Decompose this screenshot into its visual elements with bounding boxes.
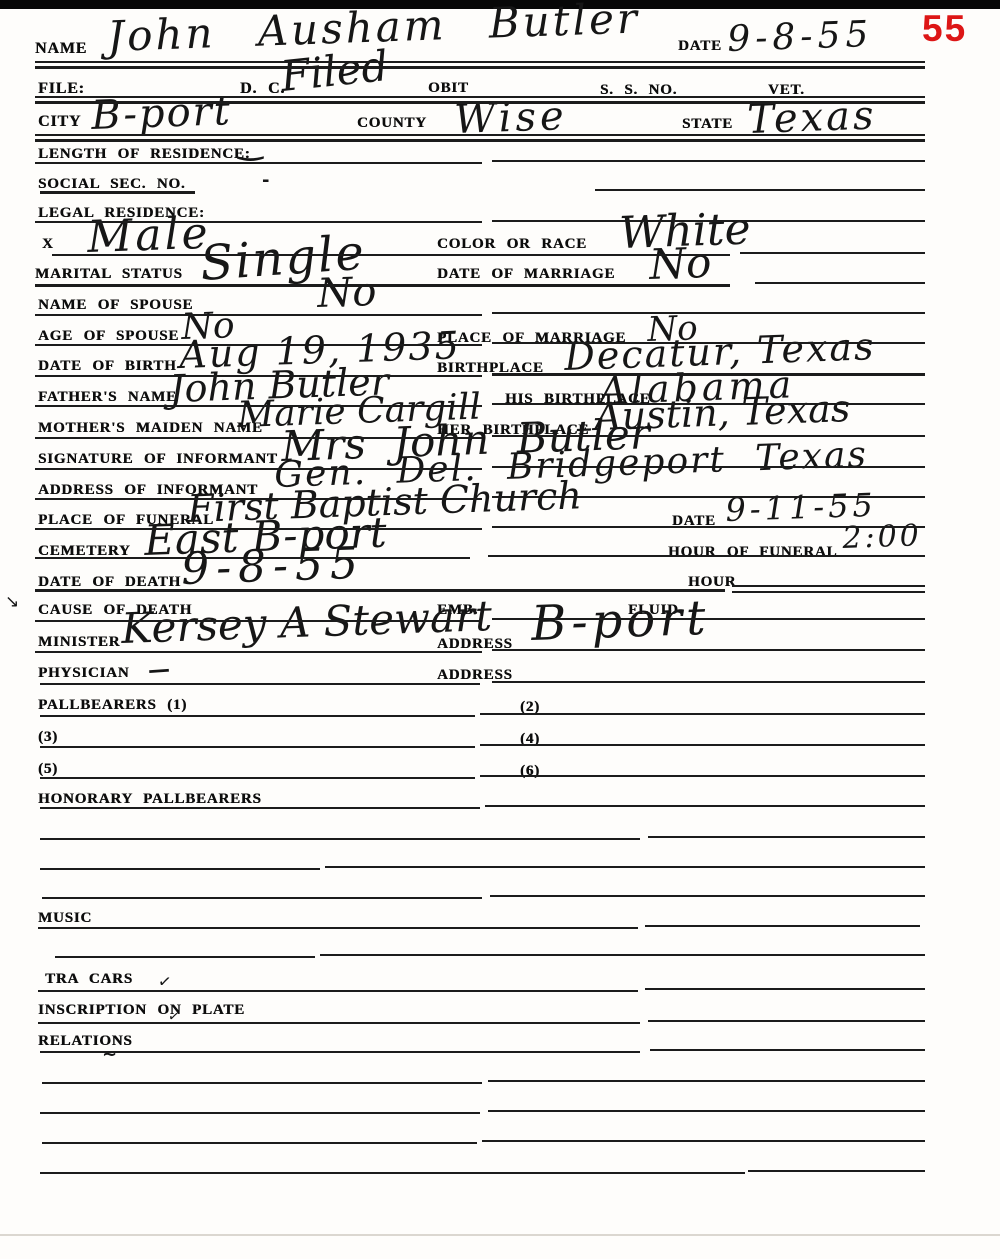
rule-line [35, 498, 482, 500]
rule-line [732, 585, 925, 587]
spouse-name-value: No [317, 272, 377, 314]
rule-line [320, 954, 925, 956]
relations-mark: ∼ [102, 1046, 117, 1064]
rule-line [40, 1172, 745, 1174]
race-label: COLOR OR RACE [437, 236, 587, 253]
pallbearers-5-label: (5) [38, 761, 58, 778]
rule-line [740, 252, 925, 254]
rule-line [492, 373, 925, 376]
physician-label: PHYSICIAN [38, 665, 129, 682]
rule-line [40, 868, 320, 870]
rule-line [35, 589, 725, 592]
state-label: STATE [682, 116, 733, 133]
rule-line [35, 221, 482, 223]
ssn-mark: - [262, 172, 269, 190]
rule-line [748, 1170, 925, 1172]
rule-line [488, 555, 925, 557]
rule-line [480, 775, 925, 777]
county-label: COUNTY [357, 115, 427, 132]
rule-line [40, 1112, 480, 1114]
rule-line [492, 526, 925, 528]
pallbearers-1-label: PALLBEARERS (1) [38, 697, 187, 714]
rule-line [488, 1110, 925, 1112]
minister-label: MINISTER [38, 634, 120, 651]
rule-line [35, 557, 470, 559]
rule-line [492, 342, 925, 344]
rule-line [35, 405, 482, 407]
rule-line [35, 437, 482, 439]
rule-line [35, 651, 482, 653]
marriage-date-value: No [649, 242, 712, 286]
rule-line [35, 375, 482, 377]
rule-line [40, 807, 480, 809]
rule-line [492, 618, 925, 620]
rule-line [645, 925, 920, 927]
rule-line [492, 160, 925, 162]
honorary-pallbearers-label: HONORARY PALLBEARERS [38, 791, 262, 808]
rule-line [42, 1142, 477, 1144]
physician-mark: — [147, 659, 170, 682]
rule-line [650, 1049, 925, 1051]
mother-name-label: MOTHER'S MAIDEN NAME [38, 420, 263, 437]
page-number-stamp: 55 [922, 10, 967, 47]
sex-value: Male [86, 212, 211, 260]
rule-line [40, 715, 475, 717]
funeral-hour-label: HOUR OF FUNERAL [668, 544, 837, 561]
margin-arrow-mark: ↘ [5, 594, 19, 611]
music-label: MUSIC [38, 910, 92, 927]
dc-value: Filed [279, 45, 391, 98]
rule-line [35, 468, 482, 470]
rule-line [595, 189, 925, 191]
spouse-name-label: NAME OF SPOUSE [38, 297, 193, 314]
rule-line [645, 988, 925, 990]
rule-line [35, 620, 482, 622]
rule-line [480, 744, 925, 746]
death-date-value: 9-8-55 [180, 542, 365, 592]
rule-line [40, 191, 195, 194]
rule-line [732, 591, 925, 593]
father-name-label: FATHER'S NAME [38, 389, 177, 406]
marital-label: MARITAL STATUS [35, 266, 183, 283]
rule-line [35, 134, 925, 136]
paper-edge-line [0, 1234, 1000, 1236]
extra-cars-check-mark: ✓ [157, 973, 173, 991]
informant-signature-label: SIGNATURE OF INFORMANT [38, 451, 278, 468]
pallbearers-3-label: (3) [38, 729, 58, 746]
birth-date-label: DATE OF BIRTH [38, 358, 177, 375]
rule-line [38, 1022, 640, 1024]
rule-line [648, 836, 925, 838]
rule-line [40, 1051, 640, 1053]
rule-line [55, 956, 315, 958]
rule-line [492, 681, 925, 683]
rule-line [492, 435, 925, 437]
spouse-age-label: AGE OF SPOUSE [38, 328, 179, 345]
sex-label: X [42, 236, 54, 253]
rule-line [35, 284, 730, 287]
pallbearers-6-label: (6) [520, 763, 540, 780]
obit-label: OBIT [428, 80, 469, 97]
rule-line [485, 805, 925, 807]
rule-line [38, 990, 638, 992]
rule-line [35, 96, 925, 98]
minister-address-value: B-port [530, 594, 710, 648]
rule-line [40, 777, 475, 779]
rule-line [492, 312, 925, 314]
rule-line [492, 403, 925, 405]
rule-line [325, 866, 925, 868]
rule-line [35, 101, 925, 104]
rule-line [492, 220, 925, 222]
rule-line [38, 927, 638, 929]
marriage-date-label: DATE OF MARRIAGE [437, 266, 615, 283]
rule-line [480, 713, 925, 715]
rule-line [492, 649, 925, 651]
funeral-record-card: 55 NAME John Ausham Butler DATE 9-8-55 F… [0, 0, 1000, 1259]
rule-line [35, 139, 925, 142]
rule-line [35, 66, 925, 69]
inscription-label: INSCRIPTION ON PLATE [38, 1002, 245, 1019]
rule-line [755, 282, 925, 284]
rule-line [42, 897, 482, 899]
date-value: 9-8-55 [727, 17, 874, 58]
extra-cars-label: TRA CARS [45, 971, 133, 988]
rule-line [35, 314, 482, 316]
rule-line [40, 838, 640, 840]
rule-line [492, 496, 925, 498]
rule-line [35, 528, 482, 530]
rule-line [40, 683, 480, 685]
rule-line [52, 254, 730, 256]
rule-line [482, 1140, 925, 1142]
rule-line [40, 746, 475, 748]
rule-line [35, 344, 482, 346]
rule-line [492, 466, 925, 468]
rule-line [648, 1020, 925, 1022]
date-label: DATE [678, 38, 722, 55]
rule-line [35, 162, 482, 164]
rule-line [42, 1082, 482, 1084]
name-label: NAME [35, 40, 87, 58]
city-label: CITY [38, 113, 81, 131]
residence-label: LENGTH OF RESIDENCE: [38, 146, 250, 163]
rule-line [35, 61, 925, 63]
relations-label: RELATIONS [38, 1033, 132, 1050]
rule-line [490, 895, 925, 897]
rule-line [488, 1080, 925, 1082]
